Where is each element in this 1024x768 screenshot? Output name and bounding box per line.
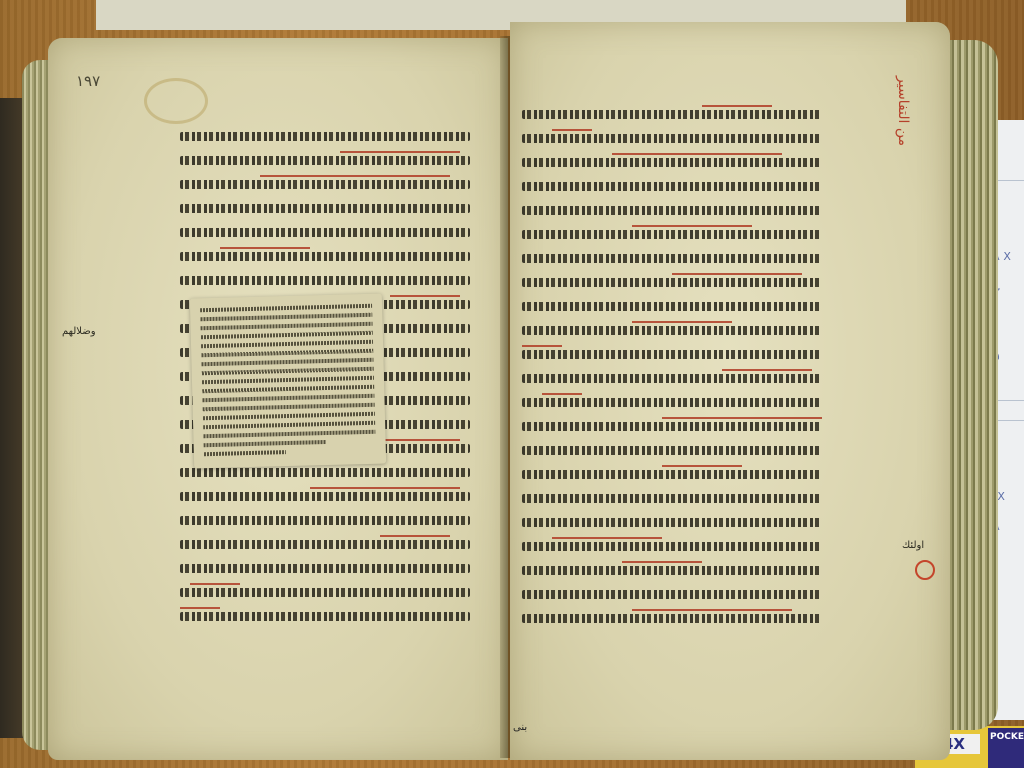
- text-line: [180, 244, 470, 268]
- text-line: [180, 556, 470, 580]
- text-line: [522, 174, 822, 198]
- slip-text-line: [201, 358, 373, 367]
- text-line: [522, 534, 822, 558]
- text-line: [180, 484, 470, 508]
- text-line: [522, 486, 822, 510]
- ornament-icon: [915, 560, 935, 580]
- slip-text-line: [201, 349, 373, 358]
- text-line: [522, 390, 822, 414]
- text-line: [180, 148, 470, 172]
- margin-note-left: وضلالهم: [62, 326, 96, 337]
- slip-text-line: [202, 385, 374, 394]
- text-line: [522, 246, 822, 270]
- red-marginal-note: من التفاسير: [895, 76, 911, 146]
- text-line: [180, 124, 470, 148]
- text-line: [522, 558, 822, 582]
- slip-text-line: [203, 412, 375, 421]
- slip-text-line: [200, 304, 372, 313]
- text-line: [522, 198, 822, 222]
- slip-text-line: [201, 340, 373, 349]
- text-line: [522, 270, 822, 294]
- text-line: [180, 172, 470, 196]
- text-line: [522, 606, 822, 630]
- text-line: [180, 532, 470, 556]
- text-line: [522, 294, 822, 318]
- inserted-paper-slip: [190, 294, 386, 469]
- slip-text-line: [204, 440, 326, 447]
- slip-text-line: [203, 403, 375, 412]
- slip-text-line: [204, 450, 286, 456]
- text-line: [180, 268, 470, 292]
- slip-text-line: [202, 367, 374, 376]
- slip-text-line: [200, 313, 372, 322]
- slip-text-line: [202, 394, 374, 403]
- box-brand: POCKE: [988, 728, 1024, 768]
- text-line: [522, 126, 822, 150]
- text-line: [522, 222, 822, 246]
- text-line: [522, 366, 822, 390]
- text-line: [522, 510, 822, 534]
- text-line: [180, 508, 470, 532]
- text-line: [180, 580, 470, 604]
- text-line: [522, 462, 822, 486]
- slip-text-line: [202, 376, 374, 385]
- text-line: [522, 342, 822, 366]
- right-text-block: [522, 102, 822, 630]
- text-line: [522, 150, 822, 174]
- folio-number: ١٩٧: [76, 72, 100, 90]
- right-page: من التفاسير اولئك بنى: [510, 22, 950, 760]
- water-stain: [144, 78, 208, 124]
- slip-text-line: [203, 430, 375, 439]
- bottom-note: بنى: [513, 722, 527, 733]
- text-line: [522, 414, 822, 438]
- text-line: [522, 582, 822, 606]
- text-line: [180, 220, 470, 244]
- slip-text-line: [203, 421, 375, 430]
- text-line: [180, 604, 470, 628]
- text-line: [522, 438, 822, 462]
- text-line: [180, 196, 470, 220]
- margin-note-right: اولئك: [902, 540, 924, 551]
- slip-text-line: [201, 331, 373, 340]
- text-line: [522, 102, 822, 126]
- text-line: [522, 318, 822, 342]
- slip-text-line: [201, 322, 373, 331]
